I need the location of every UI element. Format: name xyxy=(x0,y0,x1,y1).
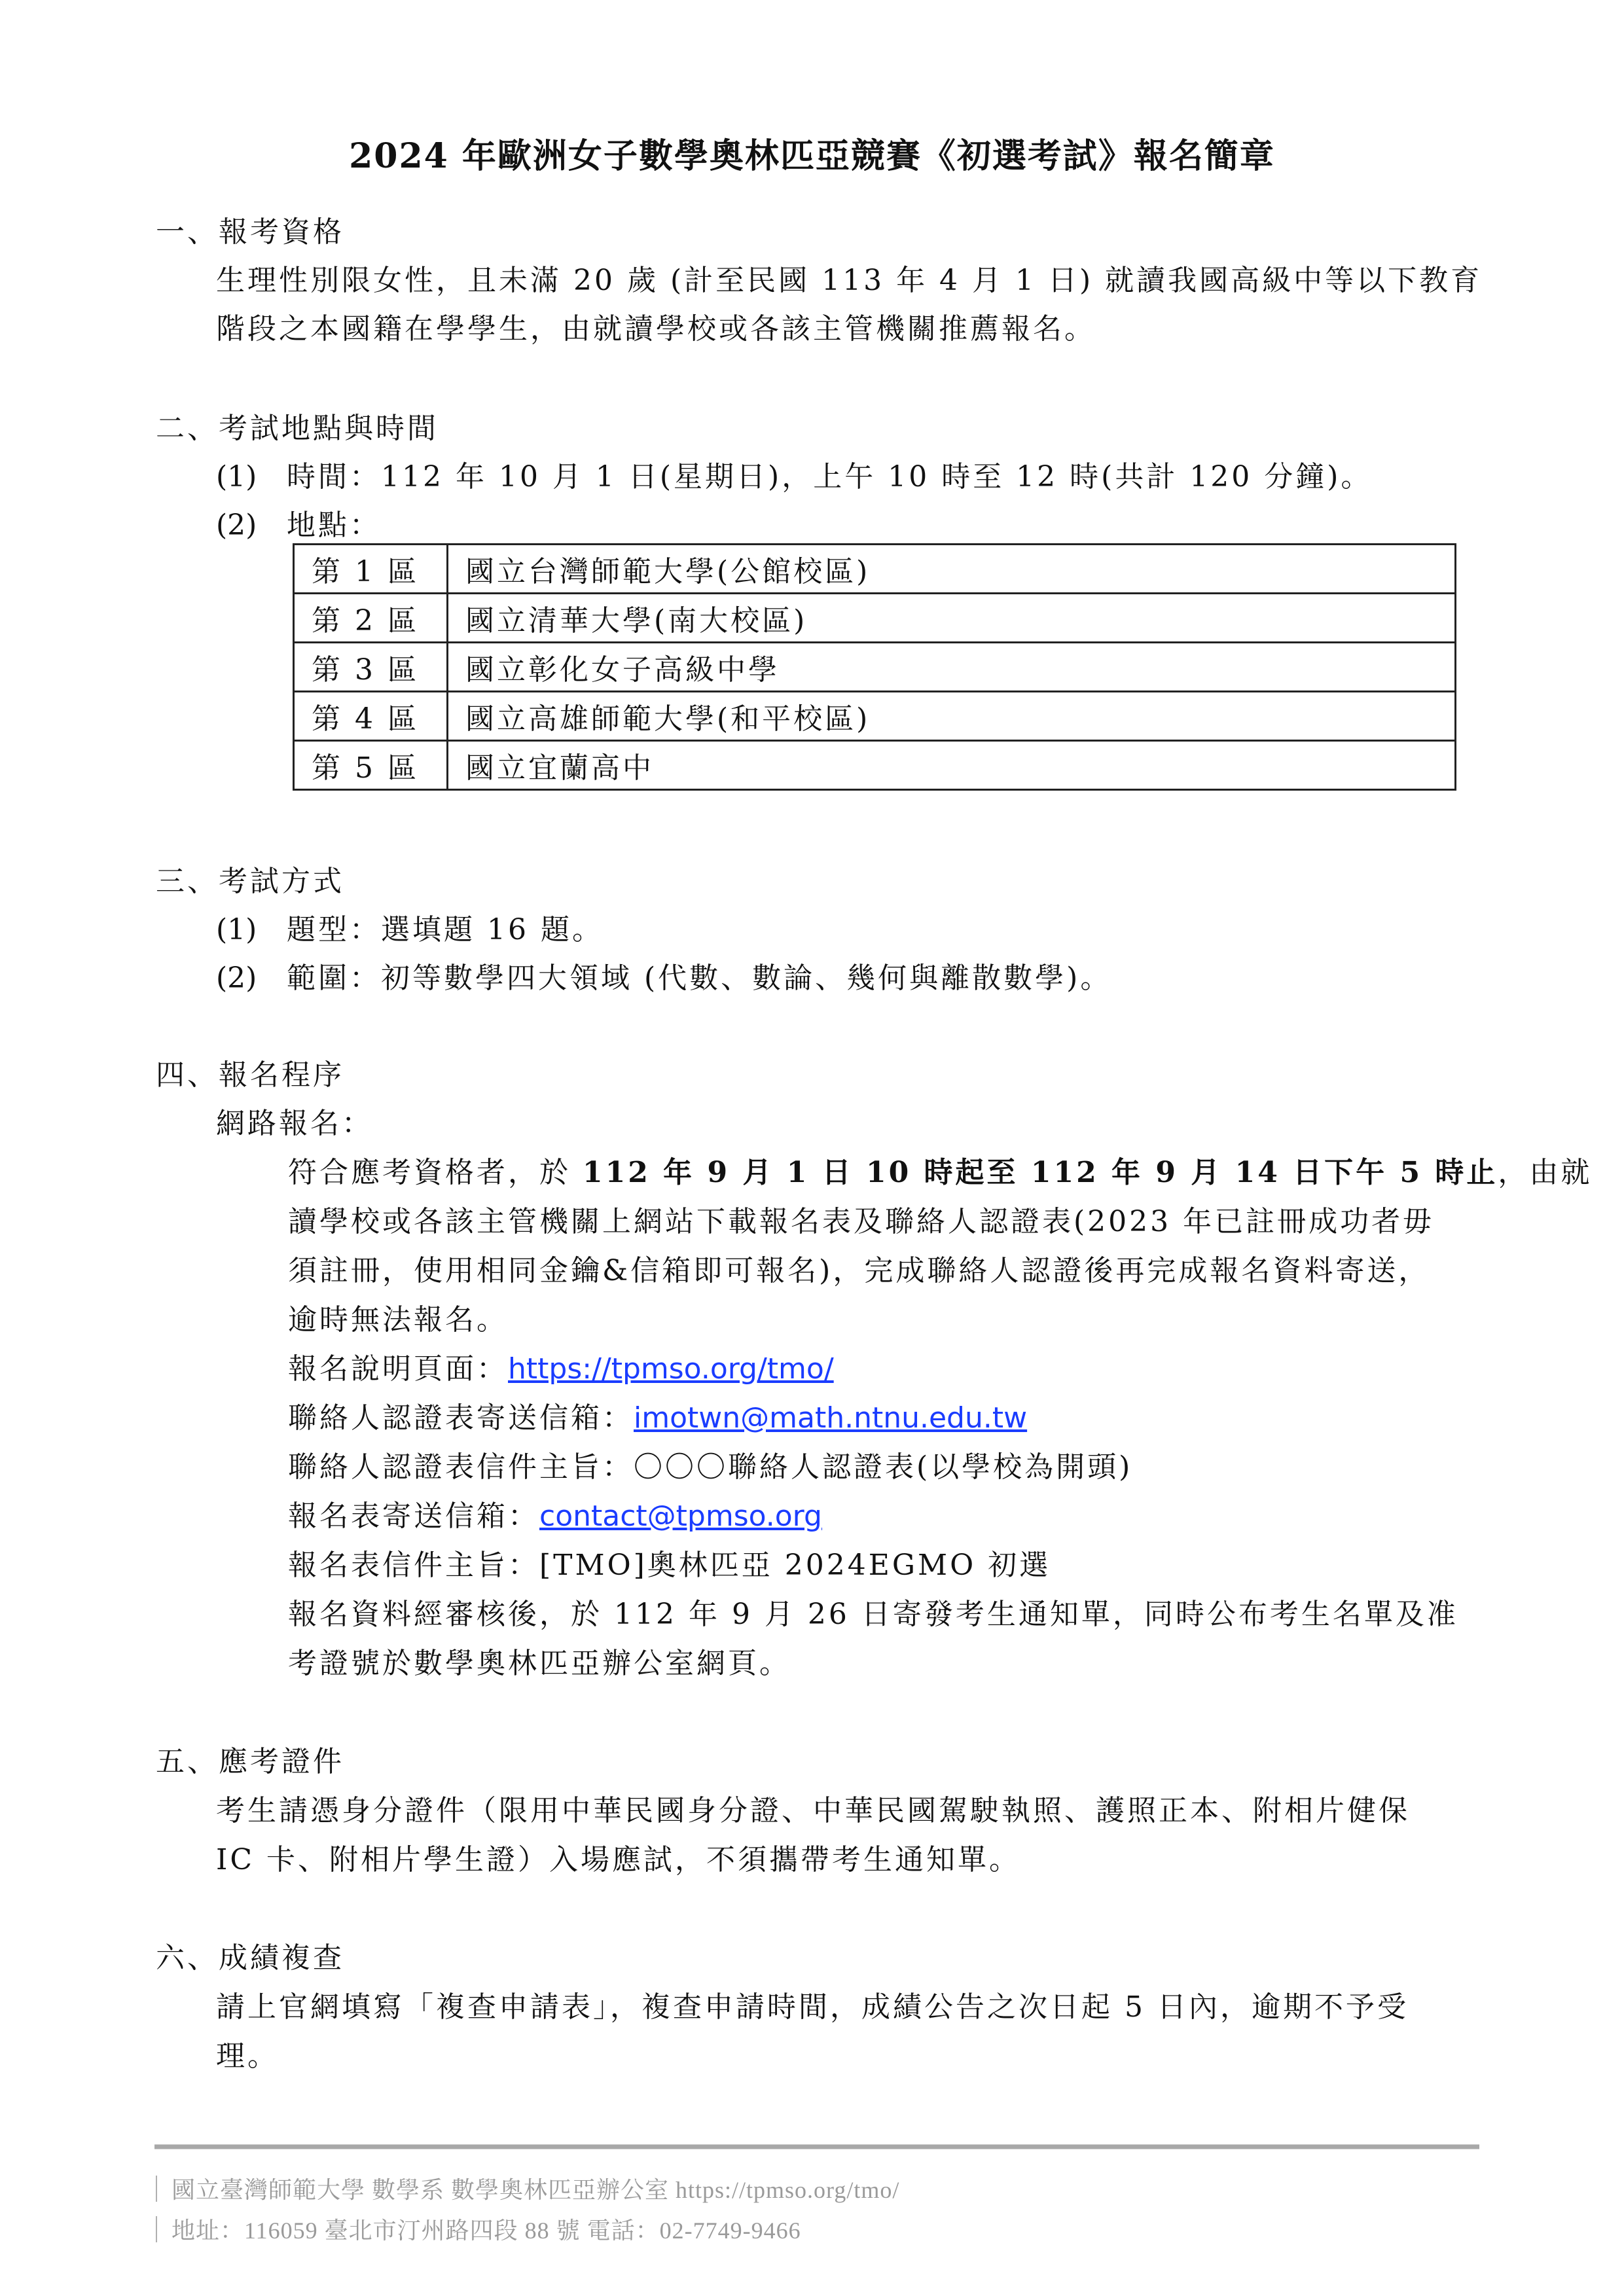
contact-email-line: 聯絡人認證表寄送信箱：imotwn@math.ntnu.edu.tw xyxy=(288,1394,1027,1436)
registration-period-prefix: 符合應考資格者，於 xyxy=(288,1156,583,1189)
section-5-line-2: IC 卡、附相片學生證）入場應試，不須攜帶考生通知單。 xyxy=(216,1836,1020,1878)
section-3-heading: 三、考試方式 xyxy=(156,857,344,899)
form-subject-line: 報名表信件主旨：[TMO]奧林匹亞 2024EGMO 初選 xyxy=(288,1541,1051,1583)
venue-cell: 國立清華大學(南大校區) xyxy=(448,594,1456,643)
table-row: 第 2 區 國立清華大學(南大校區) xyxy=(294,594,1456,643)
registration-period-dates: 112 年 9 月 1 日 10 時起至 112 年 9 月 14 日下午 5 … xyxy=(583,1156,1498,1189)
table-row: 第 5 區 國立宜蘭高中 xyxy=(294,741,1456,790)
footer-address: 地址：116059 臺北市汀州路四段 88 號 電話：02-7749-9466 xyxy=(171,2217,801,2244)
venue-cell: 國立高雄師範大學(和平校區) xyxy=(448,692,1456,741)
zone-cell: 第 2 區 xyxy=(294,594,448,643)
question-type-text: 題型：選填題 16 題。 xyxy=(287,913,604,946)
footer-divider xyxy=(154,2144,1479,2149)
zone-cell: 第 1 區 xyxy=(294,545,448,594)
exam-time-text: 時間：112 年 10 月 1 日(星期日)，上午 10 時至 12 時(共計 … xyxy=(287,460,1372,493)
table-row: 第 3 區 國立彰化女子高級中學 xyxy=(294,643,1456,692)
section-6-line-2: 理。 xyxy=(216,2032,279,2074)
info-page-link[interactable]: https://tpmso.org/tmo/ xyxy=(508,1352,834,1386)
zone-cell: 第 3 區 xyxy=(294,643,448,692)
info-page-line: 報名說明頁面：https://tpmso.org/tmo/ xyxy=(288,1345,834,1387)
exam-scope-text: 範圍：初等數學四大領域 (代數、數論、幾何與離散數學)。 xyxy=(287,961,1111,995)
item-number: (2) xyxy=(216,961,287,995)
info-page-label: 報名說明頁面： xyxy=(288,1352,508,1386)
venue-cell: 國立宜蘭高中 xyxy=(448,741,1456,790)
exam-location-label: 地點： xyxy=(287,509,381,542)
section-5-line-1: 考生請憑身分證件（限用中華民國身分證、中華民國駕駛執照、護照正本、附相片健保 xyxy=(216,1787,1410,1829)
review-line-1: 報名資料經審核後，於 112 年 9 月 26 日寄發考生通知單，同時公布考生名… xyxy=(288,1590,1458,1632)
footer-line-1: 國立臺灣師範大學 數學系 數學奧林匹亞辦公室 https://tpmso.org… xyxy=(156,2172,899,2205)
footer-office-info: 國立臺灣師範大學 數學系 數學奧林匹亞辦公室 https://tpmso.org… xyxy=(171,2177,899,2203)
venue-cell: 國立彰化女子高級中學 xyxy=(448,643,1456,692)
footer-bar xyxy=(156,2176,157,2202)
venue-cell: 國立台灣師範大學(公館校區) xyxy=(448,545,1456,594)
section-1-line-2: 階段之本國籍在學學生，由就讀學校或各該主管機關推薦報名。 xyxy=(216,305,1096,347)
contact-email-label: 聯絡人認證表寄送信箱： xyxy=(288,1401,634,1435)
section-1-line-1: 生理性別限女性，且未滿 20 歲 (計至民國 113 年 4 月 1 日) 就讀… xyxy=(216,257,1482,298)
contact-email-link[interactable]: imotwn@math.ntnu.edu.tw xyxy=(634,1401,1027,1435)
zone-cell: 第 4 區 xyxy=(294,692,448,741)
online-registration-label: 網路報名： xyxy=(216,1100,373,1141)
section-2-heading: 二、考試地點與時間 xyxy=(156,404,439,446)
form-email-line: 報名表寄送信箱：contact@tpmso.org xyxy=(288,1492,822,1534)
registration-period-line: 符合應考資格者，於 112 年 9 月 1 日 10 時起至 112 年 9 月… xyxy=(288,1149,1592,1191)
location-table: 第 1 區 國立台灣師範大學(公館校區) 第 2 區 國立清華大學(南大校區) … xyxy=(293,543,1456,791)
item-number: (2) xyxy=(216,509,287,542)
registration-period-suffix: ，由就 xyxy=(1498,1156,1592,1189)
table-row: 第 4 區 國立高雄師範大學(和平校區) xyxy=(294,692,1456,741)
exam-time-item: (1)時間：112 年 10 月 1 日(星期日)，上午 10 時至 12 時(… xyxy=(216,453,1372,495)
page-title: 2024 年歐洲女子數學奧林匹亞競賽《初選考試》報名簡章 xyxy=(0,128,1624,177)
footer-bar xyxy=(156,2216,157,2242)
footer-line-2: 地址：116059 臺北市汀州路四段 88 號 電話：02-7749-9466 xyxy=(156,2212,801,2246)
item-number: (1) xyxy=(216,913,287,946)
section-6-heading: 六、成績複查 xyxy=(156,1934,344,1976)
section-4-heading: 四、報名程序 xyxy=(156,1051,344,1093)
item-number: (1) xyxy=(216,460,287,493)
registration-line-2: 讀學校或各該主管機關上網站下載報名表及聯絡人認證表(2023 年已註冊成功者毋 xyxy=(288,1198,1434,1240)
form-email-label: 報名表寄送信箱： xyxy=(288,1499,539,1533)
form-email-link[interactable]: contact@tpmso.org xyxy=(539,1499,822,1533)
exam-scope-item: (2)範圍：初等數學四大領域 (代數、數論、幾何與離散數學)。 xyxy=(216,954,1111,996)
section-5-heading: 五、應考證件 xyxy=(156,1738,344,1780)
registration-line-3: 須註冊，使用相同金鑰&信箱即可報名)，完成聯絡人認證後再完成報名資料寄送， xyxy=(288,1247,1430,1289)
review-line-2: 考證號於數學奧林匹亞辦公室網頁。 xyxy=(288,1640,791,1681)
registration-line-4: 逾時無法報名。 xyxy=(288,1296,508,1338)
zone-cell: 第 5 區 xyxy=(294,741,448,790)
question-type-item: (1)題型：選填題 16 題。 xyxy=(216,906,604,948)
section-6-line-1: 請上官網填寫「複查申請表」，複查申請時間，成績公告之次日起 5 日內，逾期不予受 xyxy=(216,1983,1409,2025)
section-1-heading: 一、報考資格 xyxy=(156,208,344,250)
contact-subject-line: 聯絡人認證表信件主旨：〇〇〇聯絡人認證表(以學校為開頭) xyxy=(288,1443,1132,1485)
exam-location-item: (2)地點： xyxy=(216,501,381,543)
table-row: 第 1 區 國立台灣師範大學(公館校區) xyxy=(294,545,1456,594)
